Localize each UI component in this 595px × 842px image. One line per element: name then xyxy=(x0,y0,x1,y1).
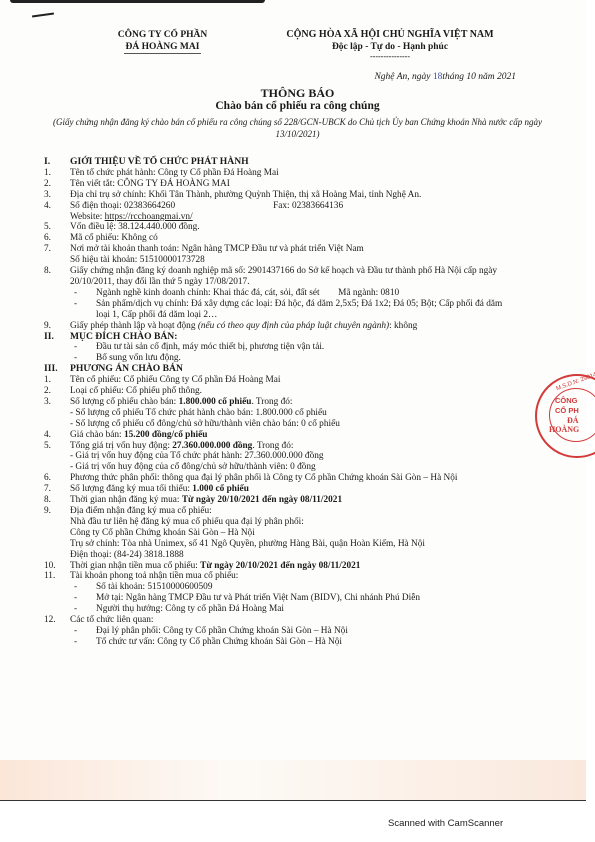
certificate-note: (Giấy chứng nhận đăng ký chào bán cổ phi… xyxy=(40,116,555,140)
website-link[interactable]: https://rcchoangmai.vn/ xyxy=(105,212,193,222)
bullet-item: -Sản phẩm/dịch vụ chính: Đá xây dựng các… xyxy=(44,299,504,321)
list-item: 5.Vốn điều lệ: 38.124.440.000 đồng. xyxy=(44,222,504,233)
bullet-item: -Đại lý phân phối: Công ty Cổ phần Chứng… xyxy=(44,626,504,637)
sub-item: - Giá trị vốn huy động của cổ đông/chủ s… xyxy=(44,462,504,473)
pen-mark xyxy=(32,12,54,17)
sub-line: Điện thoại: (84-24) 3818.1888 xyxy=(44,550,504,561)
company-line1: CÔNG TY CỔ PHẦN xyxy=(100,29,225,41)
list-item: 2.Tên viết tắt: CÔNG TY ĐÁ HOÀNG MAI xyxy=(44,179,504,190)
list-item: 7.Số lượng đăng ký mua tối thiểu: 1.000 … xyxy=(44,484,504,495)
account-number: Số hiệu tài khoản: 51510000173728 xyxy=(44,255,504,266)
list-item: 9.Giấy phép thành lập và hoạt động (nếu … xyxy=(44,321,504,332)
sub-line: Nhà đầu tư liên hệ đăng ký mua cổ phiếu … xyxy=(44,517,504,528)
section-1-heading: I.GIỚI THIỆU VỀ TỔ CHỨC PHÁT HÀNH xyxy=(44,157,504,168)
separator: --------------- xyxy=(250,53,530,61)
list-item: 4.Số điện thoại: 02383664260Fax: 0238366… xyxy=(44,201,504,212)
bullet-item: -Đầu tư tài sản cố định, máy móc thiết b… xyxy=(44,342,504,353)
list-item: 9.Địa điểm nhận đăng ký mua cổ phiếu: xyxy=(44,506,504,517)
list-item: 1.Tên tổ chức phát hành: Công ty Cổ phần… xyxy=(44,168,504,179)
nation-title: CỘNG HÒA XÃ HỘI CHỦ NGHĨA VIỆT NAM xyxy=(250,29,530,41)
list-item: 7.Nơi mở tài khoản thanh toán: Ngân hàng… xyxy=(44,244,504,255)
handwritten-day: 18 xyxy=(433,72,443,82)
sub-line: Trụ sở chính: Tòa nhà Unimex, số 41 Ngô … xyxy=(44,539,504,550)
list-item: 1.Tên cổ phiếu: Cổ phiếu Công ty Cổ phần… xyxy=(44,375,504,386)
list-item: 12.Các tổ chức liên quan: xyxy=(44,615,504,626)
fax: Fax: 02383664136 xyxy=(273,201,343,211)
section-2-heading: II.MỤC ĐÍCH CHÀO BÁN: xyxy=(44,332,504,343)
scanned-page: CÔNG TY CỔ PHẦN ĐÁ HOÀNG MAI CỘNG HÒA XÃ… xyxy=(0,0,586,800)
bullet-item: -Tổ chức tư vấn: Công ty Cổ phần Chứng k… xyxy=(44,637,504,648)
sub-item: - Giá trị vốn huy động của Tổ chức phát … xyxy=(44,451,504,462)
list-item: 3.Số lượng cổ phiếu chào bán: 1.800.000 … xyxy=(44,397,504,408)
list-item: 8.Thời gian nhận đăng ký mua: Từ ngày 20… xyxy=(44,495,504,506)
scan-edge-artifact xyxy=(10,0,265,3)
bullet-item: -Số tài khoản: 51510000600509 xyxy=(44,582,504,593)
list-item: 8.Giấy chứng nhận đăng ký doanh nghiệp m… xyxy=(44,266,504,288)
list-item: 4.Giá chào bán: 15.200 đồng/cổ phiếu xyxy=(44,430,504,441)
phone: Số điện thoại: 02383664260 xyxy=(70,201,175,211)
list-item: 10.Thời gian nhận tiền mua cổ phiếu: Từ … xyxy=(44,561,504,572)
bullet-item: -Ngành nghề kinh doanh chính: Khai thác … xyxy=(44,288,504,299)
bullet-item: -Mở tại: Ngân hàng TMCP Đầu tư và Phát t… xyxy=(44,593,504,604)
sub-line: Công ty Cổ phần Chứng khoán Sài Gòn – Hà… xyxy=(44,528,504,539)
list-item: 2.Loại cổ phiếu: Cổ phiếu phổ thông. xyxy=(44,386,504,397)
scanner-watermark: Scanned with CamScanner xyxy=(388,818,503,829)
list-item: 6.Mã cổ phiếu: Không có xyxy=(44,233,504,244)
page-title: THÔNG BÁO xyxy=(0,86,595,101)
page-edge xyxy=(0,800,586,801)
sub-item: - Số lượng cổ phiếu Tổ chức phát hành ch… xyxy=(44,408,504,419)
sub-item: - Số lượng cổ phiếu cổ đông/chủ sở hữu/t… xyxy=(44,419,504,430)
bullet-item: -Người thụ hưởng: Công ty cổ phần Đá Hoà… xyxy=(44,604,504,615)
page-subtitle: Chào bán cổ phiếu ra công chúng xyxy=(0,100,595,112)
document-body: I.GIỚI THIỆU VỀ TỔ CHỨC PHÁT HÀNH 1.Tên … xyxy=(44,157,504,648)
company-header: CÔNG TY CỔ PHẦN ĐÁ HOÀNG MAI xyxy=(100,29,225,54)
list-item: 5.Tổng giá trị vốn huy động: 27.360.000.… xyxy=(44,441,504,452)
section-3-heading: III.PHƯƠNG ÁN CHÀO BÁN xyxy=(44,364,504,375)
document-date: Nghệ An, ngày 18tháng 10 năm 2021 xyxy=(374,72,516,82)
scan-shadow xyxy=(0,760,586,800)
list-item: 6.Phương thức phân phối: thông qua đại l… xyxy=(44,473,504,484)
list-item: 11.Tài khoản phong toả nhận tiền mua cổ … xyxy=(44,571,504,582)
list-item: 3.Địa chỉ trụ sở chính: Khối Tân Thành, … xyxy=(44,190,504,201)
website-line: Website: https://rcchoangmai.vn/ xyxy=(44,212,504,223)
nation-header: CỘNG HÒA XÃ HỘI CHỦ NGHĨA VIỆT NAM Độc l… xyxy=(250,29,530,61)
company-line2: ĐÁ HOÀNG MAI xyxy=(124,41,202,54)
